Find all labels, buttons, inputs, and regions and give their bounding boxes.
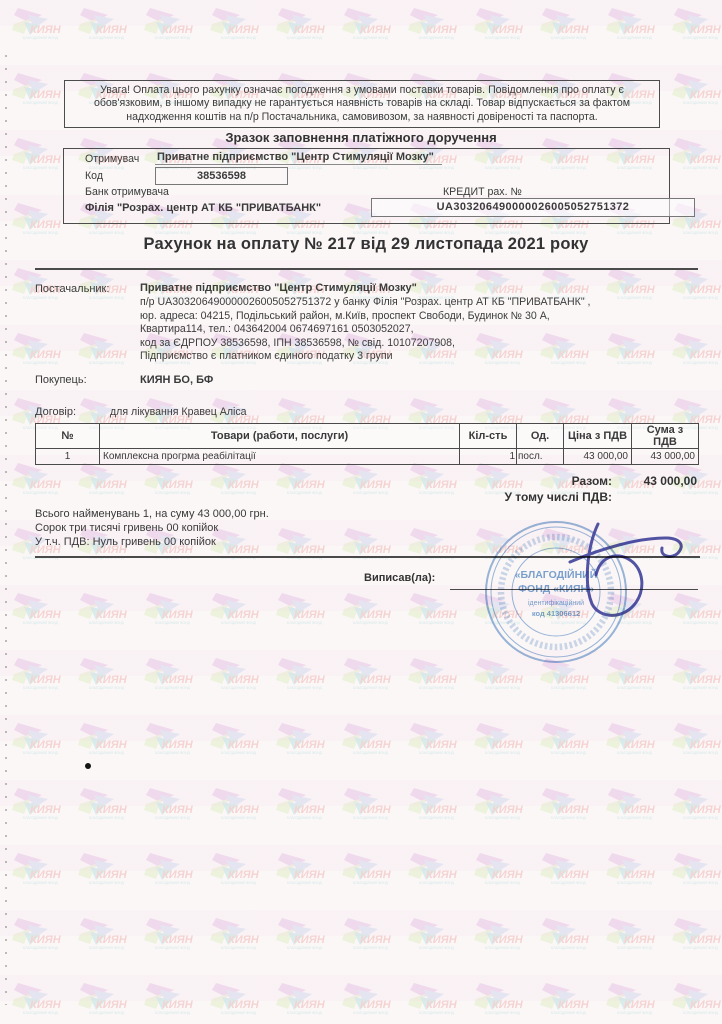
col-header-unit: Од. [517,424,564,449]
stamp-and-signature: «БЛАГОДІЙНИЙ ФОНД «КИЯН» ідентифікаційни… [455,500,700,680]
supplier-details: п/р UA303206490000026005052751372 у банк… [140,296,590,364]
scan-speck-artifact [85,763,91,769]
credit-account-label: КРЕДИТ рах. № [443,186,522,198]
cell-quantity: 1 [460,449,517,465]
receiver-bank-label: Банк отримувача [85,186,169,198]
col-header-price: Ціна з ПДВ [564,424,632,449]
contract-value: для лікування Кравец Аліса [110,406,247,418]
supplier-name: Приватне підприємство "Центр Стимуляції … [140,282,417,294]
col-header-goods: Товари (работи, послуги) [100,424,460,449]
supplier-detail-line: п/р UA303206490000026005052751372 у банк… [140,296,590,310]
cell-price: 43 000,00 [564,449,632,465]
items-header-row: № Товари (работи, послуги) Кіл-сть Од. Ц… [36,424,699,449]
supplier-detail-line: код за ЄДРПОУ 38536598, ІПН 38536598, № … [140,337,590,351]
payment-notice: Увага! Оплата цього рахунку означає пого… [64,80,660,128]
issued-by-label: Виписав(ла): [364,572,435,584]
contract-label: Договір: [35,406,76,418]
left-perforation-marks [5,55,7,1005]
summary-items-line: Всього найменувань 1, на суму 43 000,00 … [35,508,269,520]
cell-sum: 43 000,00 [632,449,699,465]
invoice-title: Рахунок на оплату № 217 від 29 листопада… [35,235,697,254]
supplier-detail-line: юр. адреса: 04215, Подільський район, м.… [140,310,590,324]
summary-vat-line: У т.ч. ПДВ: Нуль гривень 00 копійок [35,536,216,548]
title-divider [35,268,698,270]
receiver-code-field: 38536598 [155,167,288,185]
stamp-text: «БЛАГОДІЙНИЙ ФОНД «КИЯН» ідентифікаційни… [515,568,598,618]
buyer-name: КИЯН БО, БФ [140,374,213,386]
payment-sample-heading: Зразок заповнення платіжного доручення [35,130,687,145]
code-label: Код [85,170,103,182]
stamp-line3: ідентифікаційний [528,599,584,607]
col-header-sum: Сума з ПДВ [632,424,699,449]
cell-unit: посл. [517,449,564,465]
credit-account-field: UA303206490000026005052751372 [371,198,695,217]
buyer-label: Покупець: [35,374,87,386]
supplier-label: Постачальник: [35,283,109,295]
receiver-name: Приватне підприємство "Центр Стимуляції … [155,151,442,165]
summary-words-line: Сорок три тисячі гривень 00 копійок [35,522,218,534]
receiver-bank-name: Філія "Розрах. центр АТ КБ "ПРИВАТБАНК" [85,202,321,214]
stamp-line2: ФОНД «КИЯН» [518,583,594,595]
col-header-number: № [36,424,100,449]
table-row: 1 Комплексна прогрма реабілітації 1 посл… [36,449,699,465]
cell-number: 1 [36,449,100,465]
scanned-invoice-page: КИЯН БЛАГОДІЙНИЙ ФОНД Увага! Оплата цьог… [0,0,722,1024]
supplier-detail-line: Підприємство є платником єдиного податку… [140,350,590,364]
items-table: № Товари (работи, послуги) Кіл-сть Од. Ц… [35,423,699,465]
stamp-line4: код 41306612 [532,609,580,618]
cell-goods: Комплексна прогрма реабілітації [100,449,460,465]
receiver-label: Отримувач [85,153,139,165]
total-value: 43 000,00 [612,474,697,488]
col-header-quantity: Кіл-сть [460,424,517,449]
total-label: Разом: [420,474,612,488]
supplier-detail-line: Квартира114, тел.: 043642004 0674697161 … [140,323,590,337]
stamp-line1: «БЛАГОДІЙНИЙ [515,568,598,581]
